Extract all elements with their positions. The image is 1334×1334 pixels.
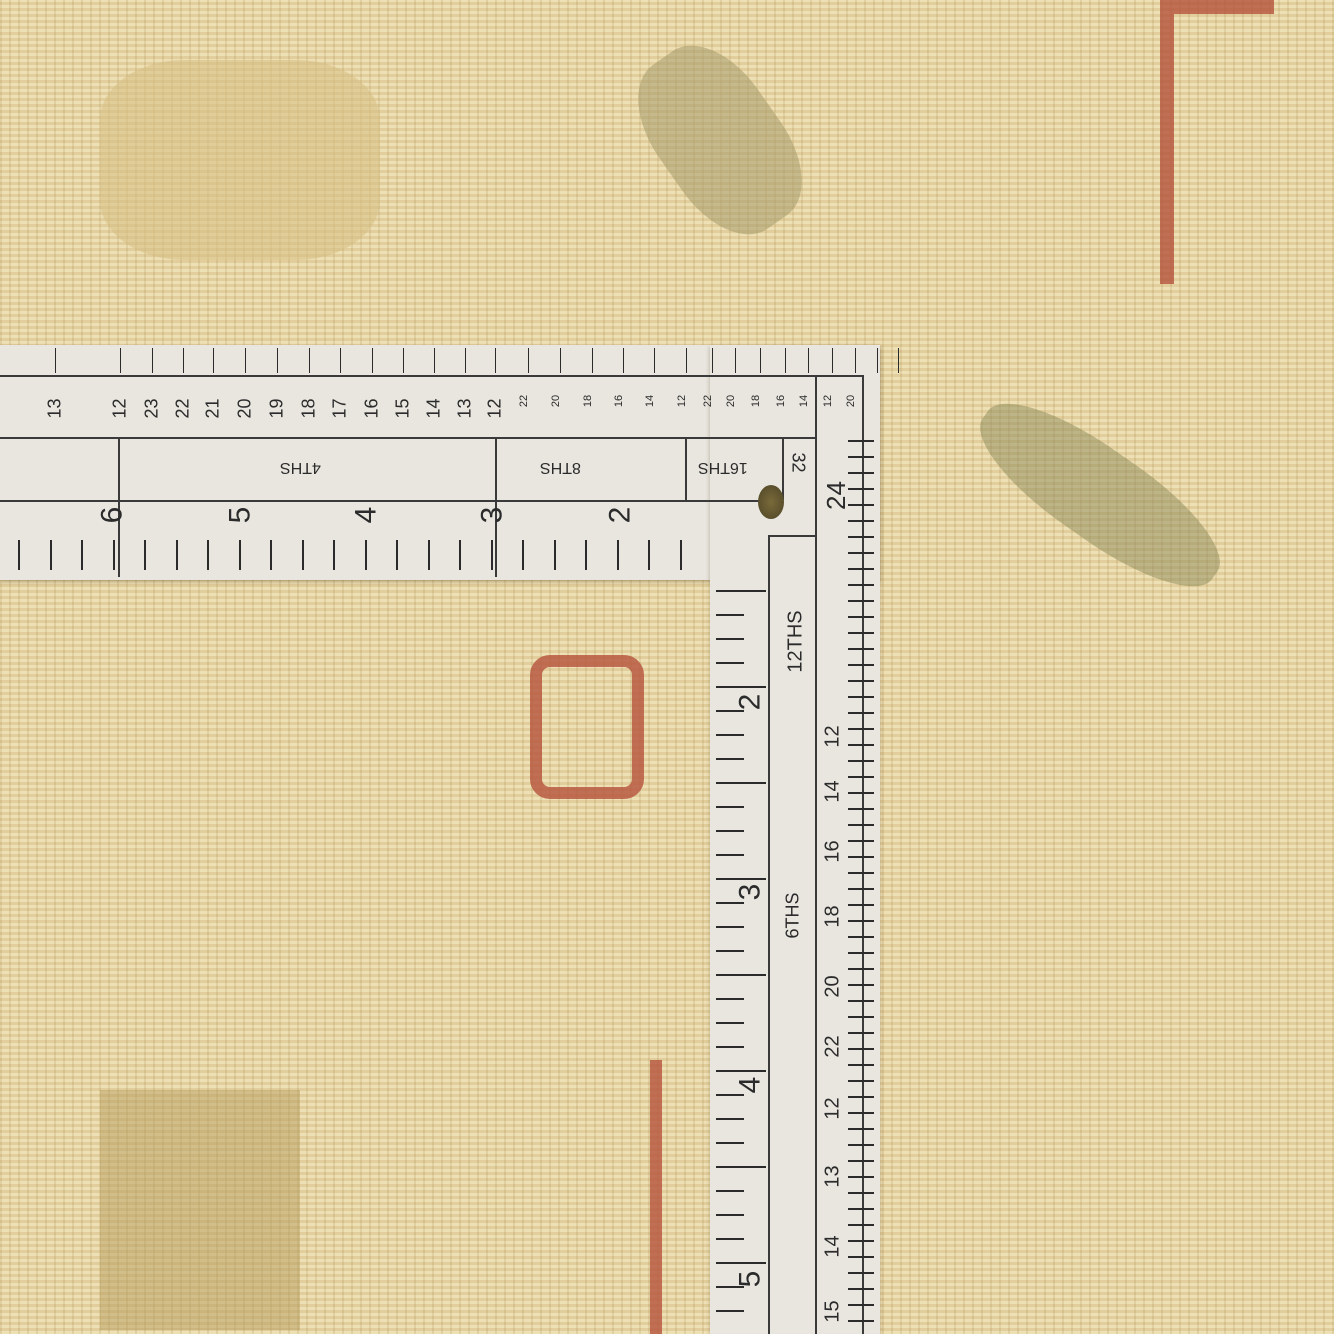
ruler-tick <box>18 540 20 570</box>
top-scale-label: 22 <box>518 395 530 407</box>
ruler-tick <box>735 348 736 373</box>
rug-motif-rust-center <box>530 655 644 799</box>
top-scale-label: 16 <box>362 398 383 418</box>
ruler-tick <box>848 616 874 618</box>
ruler-tick <box>848 648 874 650</box>
ruler-tick <box>848 792 874 794</box>
rug-motif-tan-bottom-left <box>100 1090 300 1330</box>
ruler-tick <box>848 1256 874 1258</box>
ruler-tick <box>396 540 398 570</box>
ruler-tick <box>716 1190 744 1192</box>
ruler-tick <box>848 568 874 570</box>
ruler-tick <box>716 926 744 928</box>
right-scale-label: 20 <box>822 975 845 997</box>
ruler-tick <box>848 904 874 906</box>
ruler-tick <box>848 1288 874 1290</box>
ruler-divider <box>0 500 760 502</box>
ruler-tick <box>716 1262 766 1264</box>
ruler-tick <box>848 680 874 682</box>
ruler-tick <box>716 734 744 736</box>
scale-name-32: 32 <box>788 452 809 472</box>
ruler-tick <box>848 920 874 922</box>
ruler-hang-hole <box>758 485 784 519</box>
ruler-tick <box>491 540 493 570</box>
ruler-tick <box>716 878 766 880</box>
ruler-divider <box>768 535 770 1334</box>
ruler-tick <box>898 348 899 373</box>
top-scale-label: 15 <box>393 398 414 418</box>
scale-name-12ths: 12THS <box>785 610 808 672</box>
ruler-tick <box>585 540 587 570</box>
top-scale-label: 12 <box>110 398 131 418</box>
ruler-tick <box>848 1144 874 1146</box>
top-scale-label: 18 <box>299 398 320 418</box>
top-scale-label: 17 <box>330 398 351 418</box>
ruler-tick <box>207 540 209 570</box>
inch-label-6: 6 <box>95 507 129 524</box>
ruler-tick <box>848 712 874 714</box>
right-scale-label: 14 <box>822 1235 845 1257</box>
top-scale-label: 18 <box>582 395 594 407</box>
ruler-tick <box>848 1128 874 1130</box>
ruler-tick <box>716 1094 744 1096</box>
ruler-divider <box>815 535 817 1334</box>
top-scale-label: 13 <box>455 398 476 418</box>
top-scale-label: 16 <box>613 395 625 407</box>
ruler-divider <box>685 437 687 500</box>
ruler-tick <box>848 440 874 442</box>
ruler-tick <box>848 760 874 762</box>
ruler-tick <box>465 348 466 373</box>
ruler-tick <box>848 664 874 666</box>
inch-label-v4: 4 <box>733 1077 767 1094</box>
ruler-tick <box>848 584 874 586</box>
ruler-tick <box>848 824 874 826</box>
top-scale-label: 22 <box>173 398 194 418</box>
ruler-tick <box>623 348 624 373</box>
ruler-tick <box>848 456 874 458</box>
ruler-tick <box>716 1142 744 1144</box>
ruler-tick <box>716 590 766 592</box>
ruler-tick <box>716 854 744 856</box>
ruler-tick <box>760 348 761 373</box>
top-scale-label: 22 <box>702 395 714 407</box>
ruler-tick <box>617 540 619 570</box>
inch-label-v2: 2 <box>733 694 767 711</box>
top-scale-label: 13 <box>45 398 66 418</box>
ruler-tick <box>183 348 184 373</box>
ruler-tick <box>495 348 496 373</box>
inch-label-v3: 3 <box>733 884 767 901</box>
rug-motif-leaf-top <box>613 24 826 257</box>
inch-label-3: 3 <box>475 507 509 524</box>
ruler-tick <box>848 472 874 474</box>
ruler-tick <box>848 872 874 874</box>
ruler-tick <box>716 614 744 616</box>
ruler-tick <box>528 348 529 373</box>
ruler-tick <box>716 662 744 664</box>
ruler-tick <box>81 540 83 570</box>
ruler-tick <box>459 540 461 570</box>
ruler-tick <box>277 348 278 373</box>
ruler-tick <box>245 348 246 373</box>
ruler-tick <box>855 348 856 373</box>
rug-motif-tan-left <box>100 60 380 260</box>
ruler-tick <box>848 1080 874 1082</box>
ruler-tick <box>309 348 310 373</box>
right-scale-label: 18 <box>822 905 845 927</box>
ruler-divider <box>768 535 816 537</box>
scale-name-16ths: 16THS <box>698 458 748 476</box>
ruler-tick <box>848 1160 874 1162</box>
ruler-tick <box>712 348 713 373</box>
ruler-tick <box>848 808 874 810</box>
inch-label-2: 2 <box>603 507 637 524</box>
rug-motif-rust-top-right <box>1160 0 1274 284</box>
ruler-tick <box>848 504 874 506</box>
ruler-tick <box>848 776 874 778</box>
ruler-tick <box>270 540 272 570</box>
ruler-tick <box>554 540 556 570</box>
top-scale-label: 21 <box>203 398 224 418</box>
ruler-divider <box>782 437 784 500</box>
top-scale-label: 19 <box>267 398 288 418</box>
ruler-tick <box>716 686 766 688</box>
ruler-tick <box>848 1176 874 1178</box>
ruler-tick <box>716 998 744 1000</box>
ruler-tick <box>848 856 874 858</box>
ruler-divider <box>0 375 862 377</box>
ruler-tick <box>716 830 744 832</box>
ruler-tick <box>716 1118 744 1120</box>
ruler-tick <box>848 968 874 970</box>
ruler-tick <box>848 520 874 522</box>
ruler-tick <box>302 540 304 570</box>
top-scale-label: 12 <box>676 395 688 407</box>
ruler-tick <box>113 540 115 570</box>
ruler-tick <box>716 1286 744 1288</box>
ruler-tick <box>848 1016 874 1018</box>
ruler-tick <box>848 728 874 730</box>
ruler-tick <box>716 782 766 784</box>
ruler-tick <box>522 540 524 570</box>
ruler-tick <box>848 1032 874 1034</box>
ruler-tick <box>648 540 650 570</box>
ruler-tick <box>55 348 56 373</box>
ruler-tick <box>848 1000 874 1002</box>
ruler-tick <box>848 1304 874 1306</box>
ruler-tick <box>239 540 241 570</box>
ruler-tick <box>848 536 874 538</box>
top-scale-label: 16 <box>775 395 787 407</box>
right-scale-label: 12 <box>822 1097 845 1119</box>
ruler-tick <box>848 840 874 842</box>
ruler-tick <box>403 348 404 373</box>
ruler-tick <box>372 348 373 373</box>
ruler-tick <box>848 888 874 890</box>
right-scale-label: 14 <box>822 780 845 802</box>
ruler-tick <box>144 540 146 570</box>
top-scale-label: 20 <box>845 395 857 407</box>
right-scale-label: 13 <box>822 1165 845 1187</box>
ruler-tick <box>716 638 744 640</box>
ruler-tick <box>152 348 153 373</box>
ruler-tick <box>716 806 744 808</box>
rug-motif-leaf-right <box>960 378 1241 612</box>
ruler-tick <box>848 1240 874 1242</box>
ruler-divider <box>815 375 817 535</box>
ruler-tick <box>716 1238 744 1240</box>
ruler-tick <box>716 758 744 760</box>
scale-name-8ths: 8THS <box>540 458 581 476</box>
ruler-tick <box>50 540 52 570</box>
inch-label-v5: 5 <box>733 1271 767 1288</box>
ruler-tick <box>654 348 655 373</box>
top-scale-label: 14 <box>424 398 445 418</box>
top-scale-label: 14 <box>798 395 810 407</box>
ruler-tick <box>716 1166 766 1168</box>
ruler-tick <box>333 540 335 570</box>
ruler-tick <box>785 348 786 373</box>
top-scale-label: 20 <box>235 398 256 418</box>
ruler-tick <box>848 696 874 698</box>
ruler-tick <box>716 1310 744 1312</box>
ruler-tick <box>848 1320 874 1322</box>
ruler-tick <box>120 348 121 373</box>
scale-name-4ths: 4THS <box>280 458 321 476</box>
top-scale-label: 12 <box>822 395 834 407</box>
ruler-tick <box>686 348 687 373</box>
ruler-tick <box>848 1064 874 1066</box>
ruler-tick <box>848 1192 874 1194</box>
ruler-tick <box>716 974 766 976</box>
ruler-divider <box>862 375 864 1334</box>
ruler-tick <box>176 540 178 570</box>
top-scale-label: 23 <box>142 398 163 418</box>
ruler-tick <box>213 348 214 373</box>
ruler-tick <box>848 1048 874 1050</box>
rug-motif-rust-bottom <box>650 1060 712 1334</box>
ruler-tick <box>560 348 561 373</box>
scale-name-6ths: 6THS <box>783 892 804 938</box>
inch-label-5: 5 <box>223 507 257 524</box>
ruler-tick <box>848 552 874 554</box>
top-scale-label: 14 <box>644 395 656 407</box>
top-scale-label: 20 <box>725 395 737 407</box>
ruler-tick <box>848 984 874 986</box>
top-scale-label: 20 <box>550 395 562 407</box>
right-scale-label: 12 <box>822 725 845 747</box>
ruler-tick <box>848 1224 874 1226</box>
ruler-tick <box>848 600 874 602</box>
ruler-divider <box>0 437 815 439</box>
ruler-tick <box>716 1070 766 1072</box>
ruler-tick <box>716 902 744 904</box>
ruler-tick <box>848 1272 874 1274</box>
ruler-tick <box>340 348 341 373</box>
ruler-tick <box>848 488 874 490</box>
right-scale-label: 16 <box>822 840 845 862</box>
ruler-tick <box>848 1208 874 1210</box>
right-scale-label: 15 <box>822 1300 845 1322</box>
ruler-tick <box>832 348 833 373</box>
ruler-tick <box>848 952 874 954</box>
ruler-tick <box>848 744 874 746</box>
inch-label-4: 4 <box>349 507 383 524</box>
top-scale-label: 18 <box>750 395 762 407</box>
ruler-tick <box>592 348 593 373</box>
top-scale-label: 12 <box>485 398 506 418</box>
ruler-tick <box>716 1046 744 1048</box>
ruler-tick <box>365 540 367 570</box>
ruler-tick <box>877 348 878 373</box>
ruler-tick <box>716 950 744 952</box>
ruler-tick <box>680 540 682 570</box>
ruler-tick <box>716 710 744 712</box>
ruler-tick <box>848 1096 874 1098</box>
ruler-tick <box>848 1112 874 1114</box>
ruler-tick <box>428 540 430 570</box>
ruler-tick <box>716 1022 744 1024</box>
right-scale-label: 22 <box>822 1035 845 1057</box>
ruler-tick <box>716 1214 744 1216</box>
ruler-tick <box>434 348 435 373</box>
ruler-tick <box>808 348 809 373</box>
ruler-tick <box>848 632 874 634</box>
ruler-tick <box>848 936 874 938</box>
